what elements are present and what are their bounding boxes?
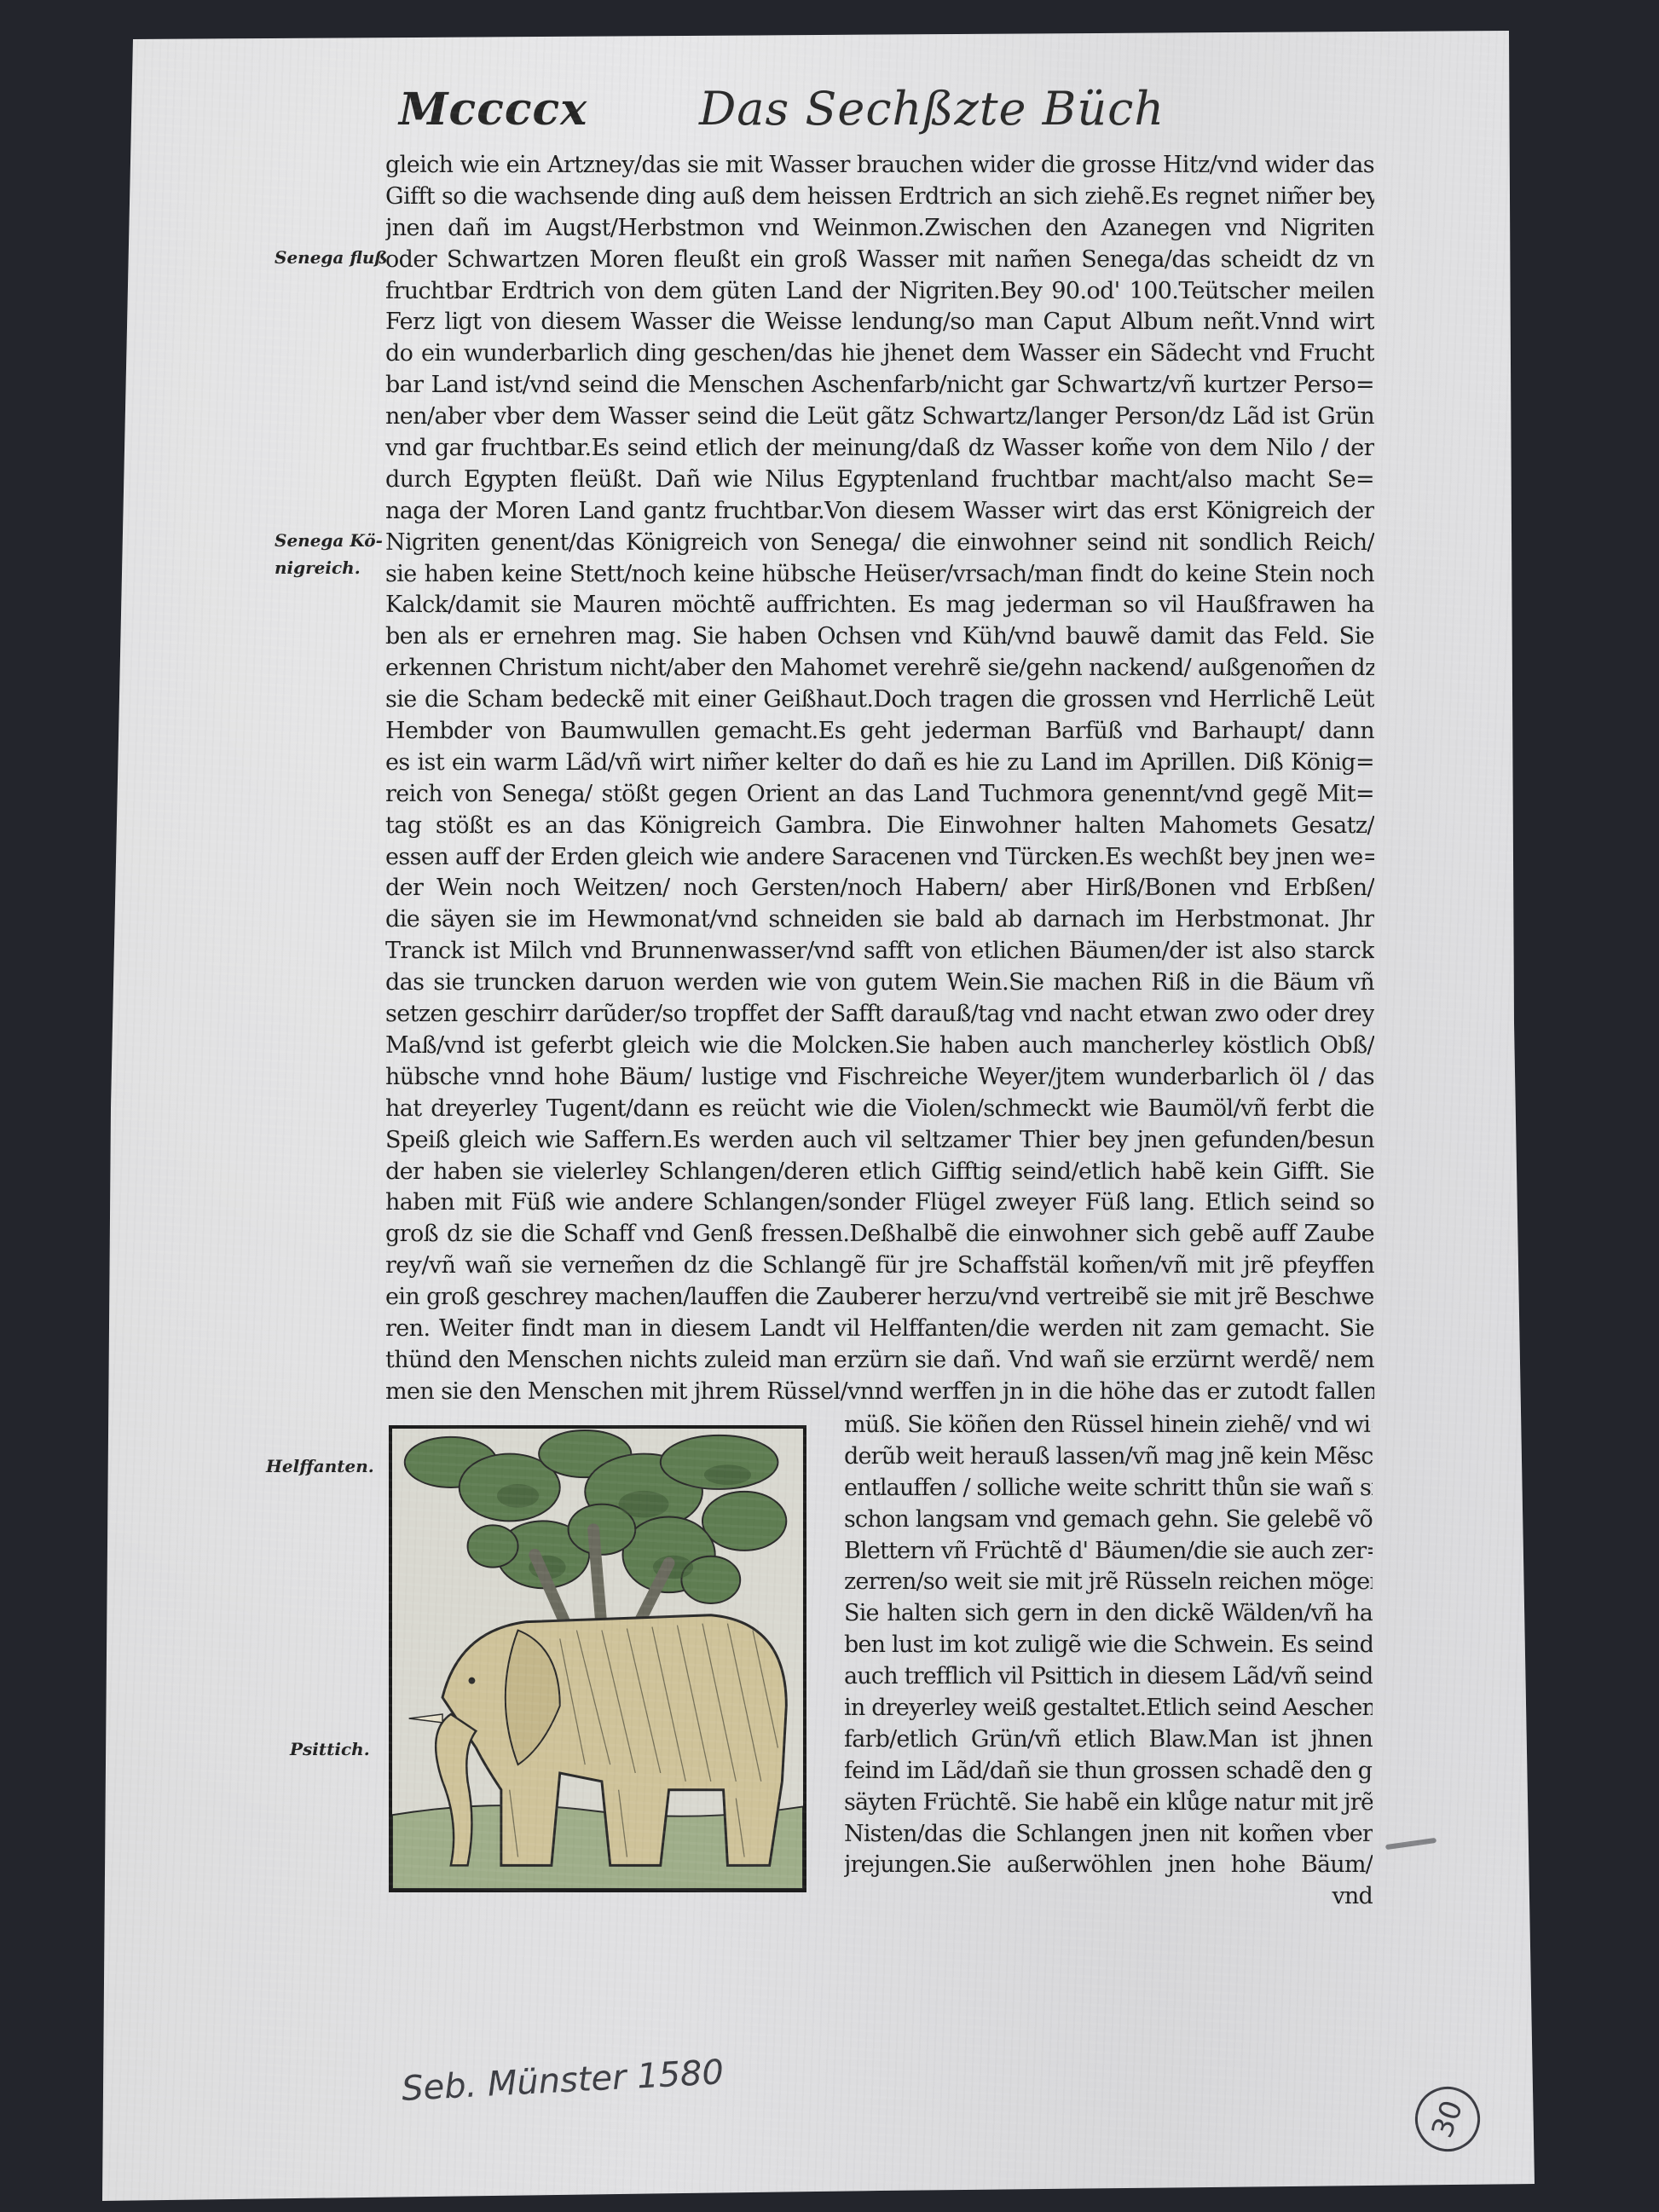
text-line: Maß/vnd ist geferbt gleich wie die Molck…: [385, 1031, 1374, 1062]
text-line: schon langsam vnd gemach gehn. Sie geleb…: [844, 1505, 1373, 1536]
text-line: oder Schwartzen Moren fleußt ein groß Wa…: [385, 245, 1374, 276]
text-line: müß. Sie köñen den Rüssel hinein ziehẽ/ …: [844, 1410, 1373, 1441]
text-line: die säyen sie im Hewmonat/vnd schneiden …: [385, 904, 1374, 936]
text-line: hat dreyerley Tugent/dann es reücht wie …: [385, 1094, 1374, 1125]
margin-note-senega-fluss: Senega fluß: [275, 247, 388, 268]
margin-note-senega-koenigreich: Senega Kö-: [275, 530, 383, 551]
text-line: Ferz ligt von diesem Wasser die Weisse l…: [385, 307, 1374, 338]
text-line: Blettern vñ Früchtẽ d' Bäumen/die sie au…: [844, 1536, 1373, 1568]
catchword: vnd: [844, 1881, 1373, 1913]
text-line: säyten Früchtẽ. Sie habẽ ein klůge natur…: [844, 1788, 1373, 1819]
text-line: jrejungen.Sie außerwöhlen jnen hohe Bäum…: [844, 1850, 1373, 1881]
text-line: auch trefflich vil Psittich in diesem Lã…: [844, 1661, 1373, 1693]
margin-note-psittich: Psittich.: [290, 1739, 370, 1759]
text-line: hübsche vnnd hohe Bäum/ lustige vnd Fisc…: [385, 1062, 1374, 1094]
text-line: reich von Senega/ stößt gegen Orient an …: [385, 779, 1374, 811]
text-line: jnen dañ im Augst/Herbstmon vnd Weinmon.…: [385, 213, 1374, 245]
text-line: gleich wie ein Artzney/das sie mit Wasse…: [385, 150, 1374, 182]
text-line: derũb weit herauß lassen/vñ mag jnẽ kein…: [844, 1441, 1373, 1473]
text-line: nen/aber vber dem Wasser seind die Leüt …: [385, 401, 1374, 433]
text-line: groß dz sie die Schaff vnd Genß fressen.…: [385, 1219, 1374, 1250]
folio-number: Mccccx: [399, 84, 587, 136]
text-line: der haben sie vielerley Schlangen/deren …: [385, 1157, 1374, 1188]
text-line: do ein wunderbarlich ding geschen/das hi…: [385, 338, 1374, 370]
text-line: thünd den Menschen nichts zuleid man erz…: [385, 1345, 1374, 1377]
text-line: feind im Lãd/dañ sie thun grossen schadẽ…: [844, 1756, 1373, 1788]
text-line: Gifft so die wachsende ding auß dem heis…: [385, 182, 1374, 213]
text-line: setzen geschirr darũder/so tropffet der …: [385, 999, 1374, 1031]
elephant-woodcut-illustration: [389, 1425, 806, 1892]
handwritten-attribution: Seb. Münster 1580: [401, 2053, 725, 2109]
text-line: fruchtbar Erdtrich von dem güten Land de…: [385, 276, 1374, 308]
text-line: sie haben keine Stett/noch keine hübsche…: [385, 559, 1374, 591]
text-line: vnd gar fruchtbar.Es seind etlich der me…: [385, 433, 1374, 465]
text-line: zerren/so weit sie mit jrẽ Rüsseln reich…: [844, 1567, 1373, 1598]
pencil-mark: [1385, 1838, 1436, 1850]
text-line: Sie halten sich gern in den dickẽ Wälden…: [844, 1598, 1373, 1630]
text-line: essen auff der Erden gleich wie andere S…: [385, 842, 1374, 874]
text-line: Nigriten genent/das Königreich von Seneg…: [385, 528, 1374, 559]
margin-note-senega-koenigreich-cont: nigreich.: [275, 557, 361, 578]
main-text-block: gleich wie ein Artzney/das sie mit Wasse…: [385, 150, 1374, 1408]
text-line: Speiß gleich wie Saffern.Es werden auch …: [385, 1125, 1374, 1157]
text-line: men sie den Menschen mit jhrem Rüssel/vn…: [385, 1377, 1374, 1408]
text-line: durch Egypten fleüßt. Dañ wie Nilus Egyp…: [385, 465, 1374, 496]
document-page: Mccccx Das Sechßzte Büch Senega fluß Sen…: [0, 0, 1659, 2212]
elephant-icon: [392, 1429, 803, 1889]
text-line: rey/vñ wañ sie vernem̃en dz die Schlangẽ…: [385, 1250, 1374, 1282]
text-line: es ist ein warm Lãd/vñ wirt nim̃er kelte…: [385, 748, 1374, 779]
text-line: das sie truncken daruon werden wie von g…: [385, 967, 1374, 999]
text-line: entlauffen / solliche weite schritt thůn…: [844, 1473, 1373, 1505]
text-line: tag stößt es an das Königreich Gambra. D…: [385, 811, 1374, 842]
text-line: Tranck ist Milch vnd Brunnenwasser/vnd s…: [385, 936, 1374, 967]
text-line: bar Land ist/vnd seind die Menschen Asch…: [385, 370, 1374, 401]
text-line: ren. Weiter findt man in diesem Landt vi…: [385, 1314, 1374, 1345]
text-line: in dreyerley weiß gestaltet.Etlich seind…: [844, 1693, 1373, 1724]
text-line: ben als er ernehren mag. Sie haben Ochse…: [385, 621, 1374, 653]
circled-page-number: 30: [1406, 2077, 1488, 2160]
text-line: naga der Moren Land gantz fruchtbar.Von …: [385, 496, 1374, 528]
right-text-column: müß. Sie köñen den Rüssel hinein ziehẽ/ …: [844, 1410, 1373, 1913]
text-line: haben mit Füß wie andere Schlangen/sonde…: [385, 1187, 1374, 1219]
text-line: Hembder von Baumwullen gemacht.Es geht j…: [385, 716, 1374, 748]
text-line: ein groß geschrey machen/lauffen die Zau…: [385, 1282, 1374, 1314]
text-line: ben lust im kot zuligẽ wie die Schwein. …: [844, 1630, 1373, 1661]
text-line: erkennen Christum nicht/aber den Mahomet…: [385, 653, 1374, 684]
text-line: Kalck/damit sie Mauren möchtẽ auffrichte…: [385, 590, 1374, 621]
margin-note-helffanten: Helffanten.: [266, 1456, 374, 1476]
text-line: Nisten/das die Schlangen jnen nit kom̃en…: [844, 1819, 1373, 1851]
text-line: farb/etlich Grün/vñ etlich Blaw.Man ist …: [844, 1724, 1373, 1756]
text-line: sie die Scham bedeckẽ mit einer Geißhaut…: [385, 684, 1374, 716]
text-line: der Wein noch Weitzen/ noch Gersten/noch…: [385, 873, 1374, 904]
running-head-title: Das Sechßzte Büch: [699, 82, 1165, 136]
